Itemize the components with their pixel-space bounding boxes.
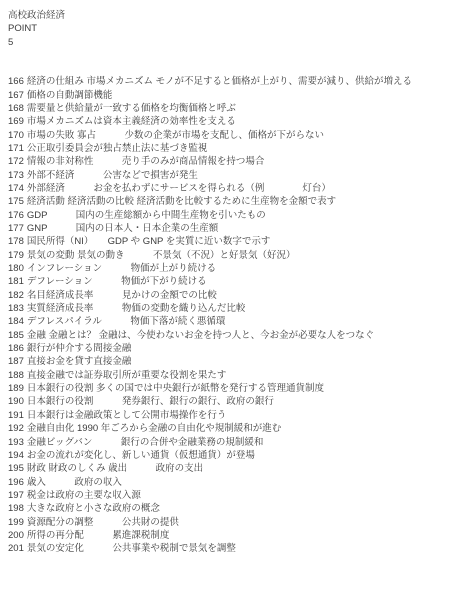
list-item: 190日本銀行の役割 発券銀行、銀行の銀行、政府の銀行 xyxy=(8,395,462,408)
list-item: 175経済活動 経済活動の比較 経済活動を比較するために生産物を金額で表す xyxy=(8,195,462,208)
item-text: 国民所得（NI） GDP や GNP を実質に近い数字で示す xyxy=(27,236,271,247)
points-list: 166経済の仕組み 市場メカニズム モノが不足すると価格が上がり、需要が減り、供… xyxy=(8,75,462,555)
item-number: 190 xyxy=(8,395,24,408)
list-item: 169市場メカニズムは資本主義経済の効率性を支える xyxy=(8,115,462,128)
item-text: 経済活動 経済活動の比較 経済活動を比較するために生産物を金額で表す xyxy=(27,196,336,207)
list-item: 187直接お金を貸す直接金融 xyxy=(8,355,462,368)
item-number: 170 xyxy=(8,129,24,142)
item-text: 情報の非対称性 売り手のみが商品情報を持つ場合 xyxy=(27,156,265,167)
item-number: 182 xyxy=(8,289,24,302)
document-page: 高校政治経済 POINT 5 166経済の仕組み 市場メカニズム モノが不足する… xyxy=(0,0,468,556)
item-number: 197 xyxy=(8,489,24,502)
item-number: 169 xyxy=(8,115,24,128)
item-number: 180 xyxy=(8,262,24,275)
list-item: 174外部経済 お金を払わずにサービスを得られる（例 灯台） xyxy=(8,182,462,195)
item-number: 181 xyxy=(8,275,24,288)
item-number: 176 xyxy=(8,209,24,222)
list-item: 199資源配分の調整 公共財の提供 xyxy=(8,516,462,529)
item-text: 市場の失敗 寡占 少数の企業が市場を支配し、価格が下がらない xyxy=(27,130,324,141)
item-text: 景気の安定化 公共事業や税制で景気を調整 xyxy=(27,543,236,554)
item-number: 188 xyxy=(8,369,24,382)
item-number: 194 xyxy=(8,449,24,462)
list-item: 197税金は政府の主要な収入源 xyxy=(8,489,462,502)
item-number: 201 xyxy=(8,542,24,555)
item-number: 171 xyxy=(8,142,24,155)
list-item: 200所得の再分配 累進課税制度 xyxy=(8,529,462,542)
list-item: 186銀行が仲介する間接金融 xyxy=(8,342,462,355)
list-item: 189日本銀行の役割 多くの国では中央銀行が紙幣を発行する管理通貨制度 xyxy=(8,382,462,395)
item-number: 192 xyxy=(8,422,24,435)
item-number: 183 xyxy=(8,302,24,315)
list-item: 181デフレーション 物価が下がり続ける xyxy=(8,275,462,288)
item-text: 価格の自動調節機能 xyxy=(27,90,113,101)
item-text: 所得の再分配 累進課税制度 xyxy=(27,530,170,541)
list-item: 191日本銀行は金融政策として公開市場操作を行う xyxy=(8,409,462,422)
list-item: 170市場の失敗 寡占 少数の企業が市場を支配し、価格が下がらない xyxy=(8,129,462,142)
item-number: 185 xyxy=(8,329,24,342)
list-item: 177GNP 国内の日本人・日本企業の生産額 xyxy=(8,222,462,235)
item-number: 195 xyxy=(8,462,24,475)
item-text: デフレーション 物価が下がり続ける xyxy=(27,276,207,287)
list-item: 184デフレスパイラル 物価下落が続く悪循環 xyxy=(8,315,462,328)
item-number: 186 xyxy=(8,342,24,355)
doc-page-number: 5 xyxy=(8,36,462,49)
item-number: 199 xyxy=(8,516,24,529)
item-text: 外部経済 お金を払わずにサービスを得られる（例 灯台） xyxy=(27,183,331,194)
item-text: 実質経済成長率 物価の変動を織り込んだ比較 xyxy=(27,303,246,314)
item-number: 174 xyxy=(8,182,24,195)
item-text: 大きな政府と小さな政府の概念 xyxy=(27,503,160,514)
item-text: GNP 国内の日本人・日本企業の生産額 xyxy=(27,223,218,234)
item-number: 184 xyxy=(8,315,24,328)
list-item: 192金融自由化 1990 年ごろから金融の自由化や規制緩和が進む xyxy=(8,422,462,435)
doc-subtitle: POINT xyxy=(8,22,462,35)
item-text: 直接金融では証券取引所が重要な役割を果たす xyxy=(27,370,227,381)
item-text: 日本銀行の役割 発券銀行、銀行の銀行、政府の銀行 xyxy=(27,396,274,407)
item-number: 179 xyxy=(8,249,24,262)
list-item: 195財政 財政のしくみ 歳出 政府の支出 xyxy=(8,462,462,475)
list-item: 180インフレーション 物価が上がり続ける xyxy=(8,262,462,275)
list-item: 183実質経済成長率 物価の変動を織り込んだ比較 xyxy=(8,302,462,315)
item-number: 173 xyxy=(8,169,24,182)
item-number: 196 xyxy=(8,476,24,489)
item-number: 200 xyxy=(8,529,24,542)
item-number: 177 xyxy=(8,222,24,235)
doc-title: 高校政治経済 xyxy=(8,9,462,22)
item-text: 金融ビッグバン 銀行の合併や金融業務の規制緩和 xyxy=(27,437,264,448)
list-item: 178国民所得（NI） GDP や GNP を実質に近い数字で示す xyxy=(8,235,462,248)
item-text: 税金は政府の主要な収入源 xyxy=(27,490,141,501)
item-text: 外部不経済 公害などで損害が発生 xyxy=(27,170,198,181)
item-text: 市場メカニズムは資本主義経済の効率性を支える xyxy=(27,116,236,127)
item-number: 198 xyxy=(8,502,24,515)
list-item: 193金融ビッグバン 銀行の合併や金融業務の規制緩和 xyxy=(8,436,462,449)
item-text: 経済の仕組み 市場メカニズム モノが不足すると価格が上がり、需要が減り、供給が増… xyxy=(27,76,412,87)
item-text: 需要量と供給量が一致する価格を均衡価格と呼ぶ xyxy=(27,103,236,114)
item-number: 167 xyxy=(8,89,24,102)
item-number: 193 xyxy=(8,436,24,449)
list-item: 172情報の非対称性 売り手のみが商品情報を持つ場合 xyxy=(8,155,462,168)
list-item: 176GDP 国内の生産総額から中間生産物を引いたもの xyxy=(8,209,462,222)
list-item: 179景気の変動 景気の動き 不景気（不況）と好景気（好況） xyxy=(8,249,462,262)
item-number: 178 xyxy=(8,235,24,248)
item-text: デフレスパイラル 物価下落が続く悪循環 xyxy=(27,316,226,327)
item-number: 172 xyxy=(8,155,24,168)
item-text: 公正取引委員会が独占禁止法に基づき監視 xyxy=(27,143,208,154)
item-number: 187 xyxy=(8,355,24,368)
list-item: 182名目経済成長率 見かけの金額での比較 xyxy=(8,289,462,302)
item-text: 日本銀行の役割 多くの国では中央銀行が紙幣を発行する管理通貨制度 xyxy=(27,383,324,394)
list-item: 194お金の流れが変化し、新しい通貨（仮想通貨）が登場 xyxy=(8,449,462,462)
item-number: 175 xyxy=(8,195,24,208)
list-item: 201景気の安定化 公共事業や税制で景気を調整 xyxy=(8,542,462,555)
list-item: 168需要量と供給量が一致する価格を均衡価格と呼ぶ xyxy=(8,102,462,115)
list-item: 166経済の仕組み 市場メカニズム モノが不足すると価格が上がり、需要が減り、供… xyxy=(8,75,462,88)
item-number: 189 xyxy=(8,382,24,395)
list-item: 171公正取引委員会が独占禁止法に基づき監視 xyxy=(8,142,462,155)
item-number: 191 xyxy=(8,409,24,422)
item-text: 歳入 政府の収入 xyxy=(27,477,122,488)
item-text: 景気の変動 景気の動き 不景気（不況）と好景気（好況） xyxy=(27,250,296,261)
item-number: 168 xyxy=(8,102,24,115)
item-text: お金の流れが変化し、新しい通貨（仮想通貨）が登場 xyxy=(27,450,255,461)
list-item: 188直接金融では証券取引所が重要な役割を果たす xyxy=(8,369,462,382)
list-item: 167価格の自動調節機能 xyxy=(8,89,462,102)
item-text: インフレーション 物価が上がり続ける xyxy=(27,263,216,274)
item-number: 166 xyxy=(8,75,24,88)
item-text: 財政 財政のしくみ 歳出 政府の支出 xyxy=(27,463,203,474)
list-item: 196歳入 政府の収入 xyxy=(8,476,462,489)
item-text: 日本銀行は金融政策として公開市場操作を行う xyxy=(27,410,227,421)
item-text: 金融 金融とは？ 金融は、今使わないお金を持つ人と、今お金が必要な人をつなぐ xyxy=(27,330,374,341)
item-text: 金融自由化 1990 年ごろから金融の自由化や規制緩和が進む xyxy=(27,423,281,434)
item-text: GDP 国内の生産総額から中間生産物を引いたもの xyxy=(27,210,266,221)
item-text: 資源配分の調整 公共財の提供 xyxy=(27,517,179,528)
item-text: 銀行が仲介する間接金融 xyxy=(27,343,132,354)
list-item: 185金融 金融とは？ 金融は、今使わないお金を持つ人と、今お金が必要な人をつな… xyxy=(8,329,462,342)
list-item: 198大きな政府と小さな政府の概念 xyxy=(8,502,462,515)
document-header: 高校政治経済 POINT 5 xyxy=(8,9,462,49)
item-text: 名目経済成長率 見かけの金額での比較 xyxy=(27,290,217,301)
list-item: 173外部不経済 公害などで損害が発生 xyxy=(8,169,462,182)
item-text: 直接お金を貸す直接金融 xyxy=(27,356,132,367)
